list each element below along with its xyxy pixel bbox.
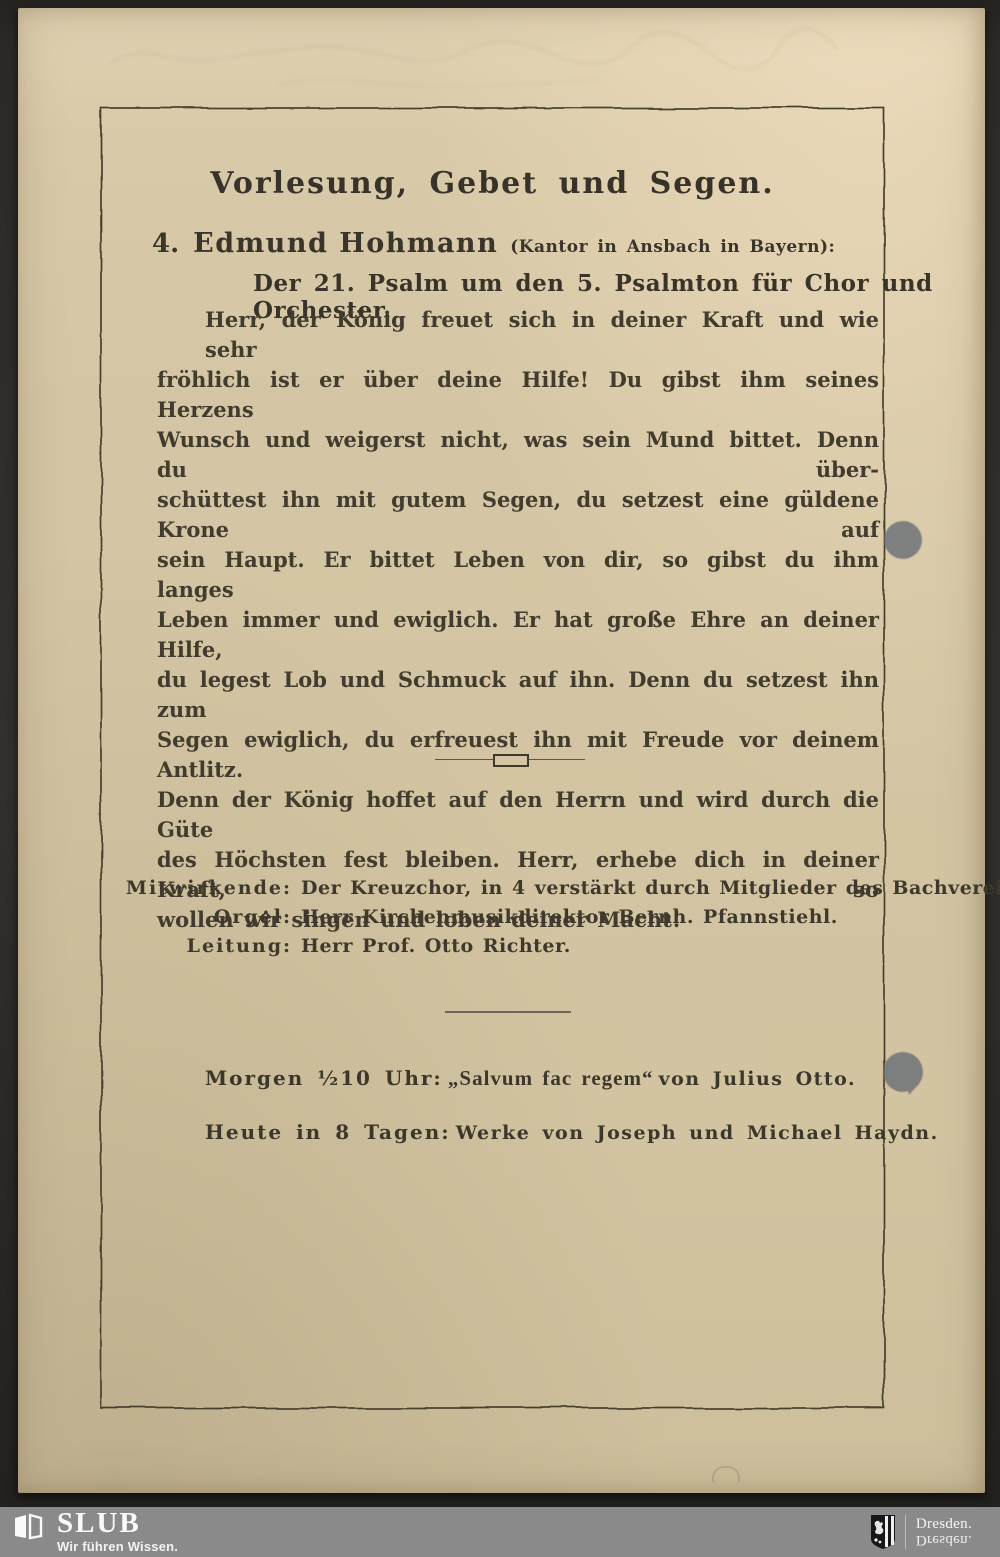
viewer-footer: SLUB Wir führen Wissen. Dresden. Dresden… <box>0 1507 1000 1557</box>
slub-logo: SLUB Wir führen Wissen. <box>13 1510 178 1554</box>
city-name: Dresden. <box>916 1517 972 1532</box>
credit-row: Leitung: Herr Prof. Otto Richter. <box>114 932 1000 961</box>
announcement-suffix: von Julius Otto. <box>659 1068 857 1090</box>
psalm-line: Leben immer und ewiglich. Er hat große E… <box>157 605 879 665</box>
announcement-morgen: Morgen ½10 Uhr: „Salvum fac regem“ von J… <box>205 1066 856 1091</box>
bleed-through-marks <box>78 26 938 96</box>
credit-value: Herr Kirchenmusikdirektor Bernh. Pfannst… <box>301 903 838 932</box>
ink-blot <box>883 1052 923 1092</box>
announcement-work: „Salvum fac regem“ <box>448 1066 654 1090</box>
composer-name: Edmund Hohmann <box>193 228 498 259</box>
dresden-logo: Dresden. Dresden. <box>870 1514 972 1550</box>
psalm-line: Denn der König hoffet auf den Herrn und … <box>157 785 879 845</box>
dresden-coat-of-arms-icon <box>870 1514 896 1550</box>
credit-label: Leitung: <box>114 932 292 961</box>
credit-row: Orgel: Herr Kirchenmusikdirektor Bernh. … <box>114 903 1000 932</box>
credit-row: Mitwirkende: Der Kreuzchor, in 4 verstär… <box>114 874 1000 903</box>
divider-cartouche <box>493 754 529 767</box>
psalm-line: Wunsch und weigerst nicht, was sein Mund… <box>157 425 879 485</box>
ink-blot <box>884 521 922 559</box>
psalm-line: schüttest ihn mit gutem Segen, du setzes… <box>157 485 879 545</box>
faint-pencil-mark <box>712 1466 740 1482</box>
psalm-line: du legest Lob und Schmuck auf ihn. Denn … <box>157 665 879 725</box>
plain-divider <box>445 1011 571 1013</box>
scan-background: Vorlesung, Gebet und Segen. 4. Edmund Ho… <box>0 0 1000 1557</box>
psalm-text-block: Herr, der König freuet sich in deiner Kr… <box>157 305 879 935</box>
library-name: SLUB <box>57 1510 178 1537</box>
ornament-divider <box>435 750 585 768</box>
library-tagline: Wir führen Wissen. <box>57 1539 178 1554</box>
item-number: 4. <box>152 229 179 259</box>
psalm-line: fröhlich ist er über deine Hilfe! Du gib… <box>157 365 879 425</box>
city-name-mirrored: Dresden. <box>916 1532 972 1547</box>
psalm-line: Herr, der König freuet sich in deiner Kr… <box>157 305 879 365</box>
announcement-label: Heute in 8 Tagen: <box>205 1120 451 1144</box>
open-book-icon <box>13 1513 43 1541</box>
section-title: Vorlesung, Gebet und Segen. <box>101 166 884 201</box>
credit-label: Orgel: <box>114 903 292 932</box>
psalm-line: sein Haupt. Er bittet Leben von dir, so … <box>157 545 879 605</box>
credit-value: Der Kreuzchor, in 4 verstärkt durch Mitg… <box>301 874 1000 903</box>
announcement-suffix: Werke von Joseph und Michael Haydn. <box>456 1122 939 1144</box>
announcement-heute: Heute in 8 Tagen: Werke von Joseph und M… <box>205 1120 939 1144</box>
composer-note: (Kantor in Ansbach in Bayern): <box>510 237 835 257</box>
credits-block: Mitwirkende: Der Kreuzchor, in 4 verstär… <box>114 874 1000 961</box>
footer-divider <box>905 1515 906 1549</box>
credit-value: Herr Prof. Otto Richter. <box>301 932 571 961</box>
dresden-wordmark: Dresden. Dresden. <box>916 1517 972 1547</box>
credit-label: Mitwirkende: <box>114 874 292 903</box>
program-item-heading: 4. Edmund Hohmann (Kantor in Ansbach in … <box>152 228 835 259</box>
announcement-label: Morgen ½10 Uhr: <box>205 1066 443 1090</box>
document-page: Vorlesung, Gebet und Segen. 4. Edmund Ho… <box>18 8 985 1493</box>
